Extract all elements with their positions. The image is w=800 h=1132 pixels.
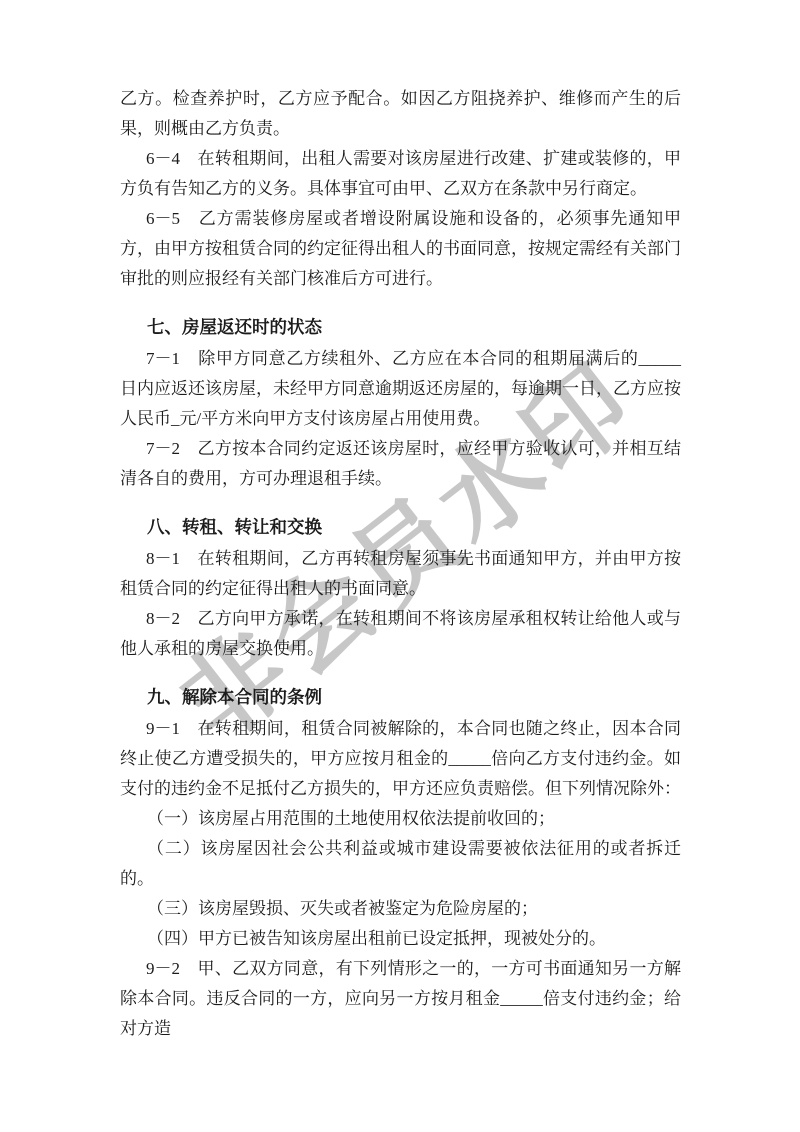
section-heading-7: 七、房屋返还时的状态 xyxy=(120,312,681,342)
clause-7-2: 7－2 乙方按本合同约定返还该房屋时，应经甲方验收认可，并相互结清各自的费用，方… xyxy=(120,434,681,494)
clause-8-2: 8－2 乙方向甲方承诺，在转租期间不将该房屋承租权转让给他人或与他人承租的房屋交… xyxy=(120,604,681,664)
exception-item-3: （三）该房屋毁损、灭失或者被鉴定为危险房屋的； xyxy=(120,894,681,924)
clause-7-1: 7－1 除甲方同意乙方续租外、乙方应在本合同的租期届满后的_____日内应返还该… xyxy=(120,344,681,434)
exception-item-4: （四）甲方已被告知该房屋出租前已设定抵押，现被处分的。 xyxy=(120,924,681,954)
clause-9-1: 9－1 在转租期间，租赁合同被解除的，本合同也随之终止，因本合同终止使乙方遭受损… xyxy=(120,714,681,804)
clause-6-5: 6－5 乙方需装修房屋或者增设附属设施和设备的，必须事先通知甲方，由甲方按租赁合… xyxy=(120,204,681,294)
paragraph-continued-from-previous-page: 乙方。检查养护时，乙方应予配合。如因乙方阻挠养护、维修而产生的后果，则概由乙方负… xyxy=(120,84,681,144)
exception-item-1: （一）该房屋占用范围的土地使用权依法提前收回的； xyxy=(120,804,681,834)
clause-8-1: 8－1 在转租期间，乙方再转租房屋须事先书面通知甲方，并由甲方按租赁合同的约定征… xyxy=(120,544,681,604)
clause-9-2: 9－2 甲、乙双方同意，有下列情形之一的，一方可书面通知另一方解除本合同。违反合… xyxy=(120,954,681,1044)
clause-6-4: 6－4 在转租期间，出租人需要对该房屋进行改建、扩建或装修的，甲方负有告知乙方的… xyxy=(120,144,681,204)
exception-item-2: （二）该房屋因社会公共利益或城市建设需要被依法征用的或者拆迁的。 xyxy=(120,834,681,894)
contract-body: 乙方。检查养护时，乙方应予配合。如因乙方阻挠养护、维修而产生的后果，则概由乙方负… xyxy=(120,84,681,1044)
section-heading-9: 九、解除本合同的条例 xyxy=(120,682,681,712)
section-heading-8: 八、转租、转让和交换 xyxy=(120,512,681,542)
contract-page: 非会员水印 乙方。检查养护时，乙方应予配合。如因乙方阻挠养护、维修而产生的后果，… xyxy=(0,0,800,1132)
